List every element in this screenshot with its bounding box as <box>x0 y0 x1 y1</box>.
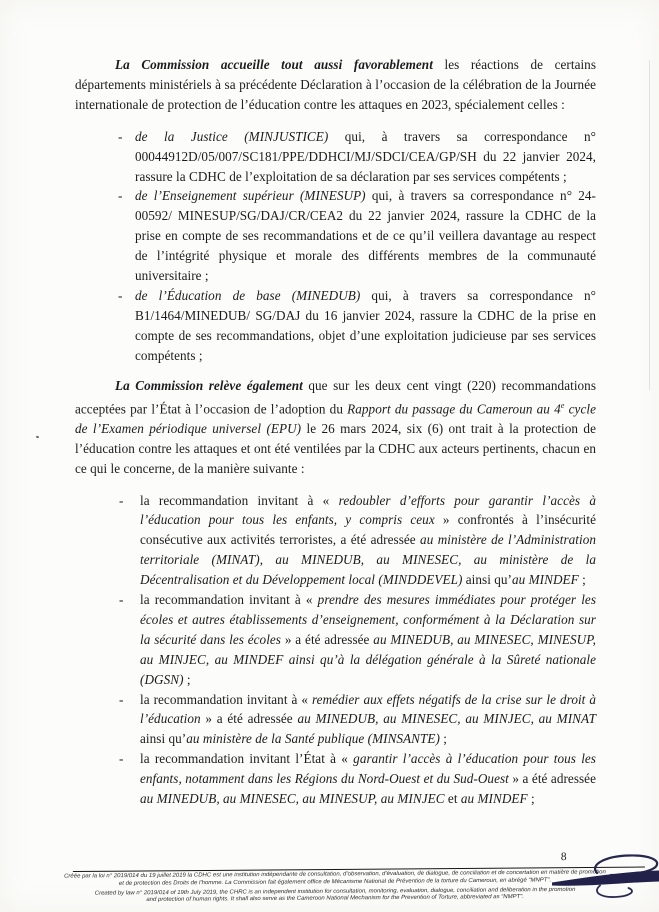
ministries-reactions-list: - de la Justice (MINJUSTICE) qui, à trav… <box>75 127 596 366</box>
bullet-dash: - <box>119 590 123 610</box>
list-item: - de l’Enseignement supérieur (MINESUP) … <box>75 186 596 286</box>
bullet-dash: - <box>118 186 122 206</box>
footer-legal-text: Créée par la loi n° 2019/014 du 19 juill… <box>55 869 615 905</box>
document-page: La Commission accueille tout aussi favor… <box>0 0 659 912</box>
list-item: - la recommandation invitant à « prendre… <box>75 590 596 690</box>
list-item-text: de l’Éducation de base (MINEDUB) qui, à … <box>135 288 596 363</box>
list-item-text: la recommandation invitant à « remédier … <box>140 692 596 747</box>
page-footer: 8 Créée par la loi n° 2019/014 du 19 jui… <box>0 847 659 912</box>
scan-speck <box>36 436 40 439</box>
list-item-text: la recommandation invitant à « prendre d… <box>140 592 596 687</box>
list-item: - la recommandation invitant à « redoubl… <box>75 491 596 591</box>
bullet-dash: - <box>118 127 122 147</box>
list-item: - de la Justice (MINJUSTICE) qui, à trav… <box>75 127 596 187</box>
scan-edge-shadow <box>649 60 650 390</box>
bullet-dash: - <box>119 491 123 511</box>
list-item: - de l’Éducation de base (MINEDUB) qui, … <box>75 286 596 366</box>
bullet-dash: - <box>118 286 122 306</box>
bullet-dash: - <box>119 690 123 710</box>
list-item: - la recommandation invitant à « remédie… <box>75 690 596 750</box>
bullet-dash: - <box>119 749 123 769</box>
page-number: 8 <box>561 851 567 863</box>
list-item-text: de l’Enseignement supérieur (MINESUP) qu… <box>135 188 596 283</box>
document-body: La Commission accueille tout aussi favor… <box>75 55 596 819</box>
recommendations-list: - la recommandation invitant à « redoubl… <box>75 491 596 810</box>
list-item-text: la recommandation invitant à « redoubler… <box>140 493 596 588</box>
list-item-text: de la Justice (MINJUSTICE) qui, à traver… <box>135 129 596 184</box>
paragraph-commission-releve: La Commission relève également que sur l… <box>75 376 596 479</box>
list-item-text: la recommandation invitant l’État à « ga… <box>140 751 596 806</box>
paragraph-commission-accueille: La Commission accueille tout aussi favor… <box>75 55 596 115</box>
list-item: - la recommandation invitant l’État à « … <box>75 749 596 809</box>
